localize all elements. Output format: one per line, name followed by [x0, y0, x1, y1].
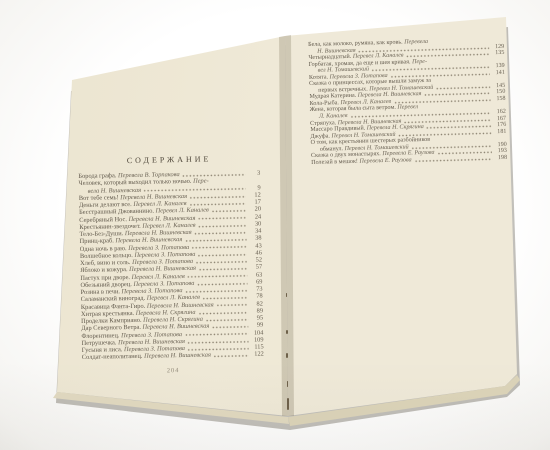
- right-page-content: Бела, как молоко, румяна, как кровь. Пер…: [308, 37, 507, 166]
- entry-page-number: 135: [491, 50, 504, 57]
- dot-leader: [214, 355, 249, 358]
- dot-leader: [198, 253, 247, 256]
- dot-leader: [212, 326, 248, 329]
- dot-leader: [190, 195, 246, 198]
- dot-leader: [212, 210, 246, 213]
- entry-page-number: 198: [494, 155, 507, 162]
- dot-leader: [192, 246, 247, 249]
- binding-stitch: [286, 293, 288, 297]
- entry-title: Солдат-неаполитанец. Перевела Н. Вишневс…: [82, 352, 211, 362]
- dot-leader: [199, 311, 249, 314]
- dot-leader: [197, 282, 247, 285]
- dot-leader: [196, 261, 247, 264]
- binding-stitch: [287, 398, 289, 410]
- entry-page-number: 158: [492, 96, 505, 103]
- toc-list-right: Бела, как молоко, румяна, как кровь. Пер…: [308, 37, 507, 166]
- binding-stitch: [286, 353, 288, 358]
- dot-leader: [199, 224, 247, 227]
- dot-leader: [206, 319, 248, 322]
- book-photo: СОДЕРЖАНИЕ Борода графа. Перевела В. Тор…: [0, 0, 550, 450]
- entry-page-number: 122: [251, 351, 264, 358]
- dot-leader: [199, 268, 247, 271]
- dot-leader: [415, 158, 493, 162]
- left-page-content: СОДЕРЖАНИЕ Борода графа. Перевела В. Тор…: [78, 154, 264, 376]
- binding-stitch: [286, 330, 288, 334]
- dot-leader: [190, 203, 246, 206]
- dot-leader: [198, 217, 246, 220]
- dot-leader: [217, 304, 248, 307]
- entry-page-number: 181: [493, 128, 506, 135]
- dot-leader: [203, 297, 248, 300]
- entry-page-number: 141: [492, 70, 505, 77]
- toc-list-left: Борода графа. Перевела В. Торпакова3Чело…: [78, 170, 264, 362]
- dot-leader: [195, 232, 247, 235]
- entry-page-number: 3: [247, 170, 260, 177]
